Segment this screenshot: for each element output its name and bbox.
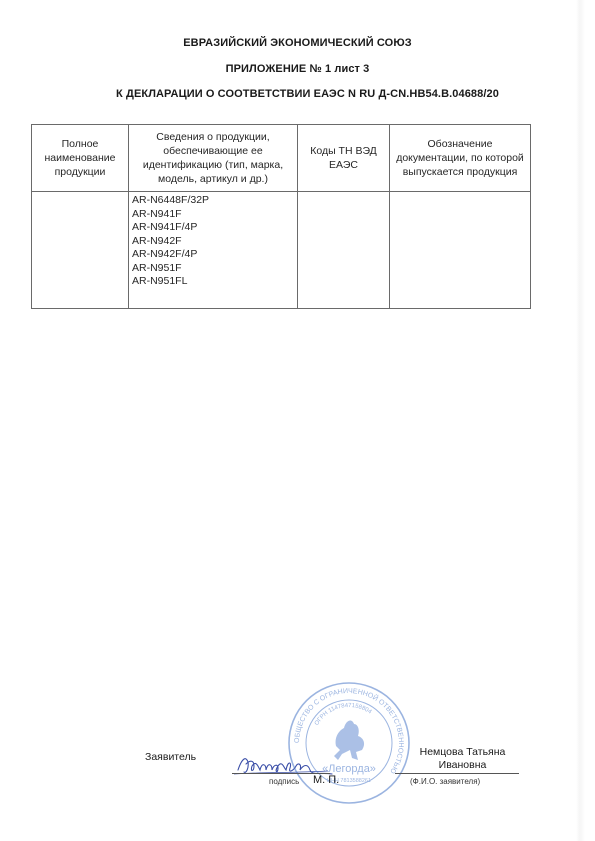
declaration-heading: К ДЕКЛАРАЦИИ О СООТВЕТСТВИИ ЕАЭС N RU Д-…: [10, 88, 595, 100]
horseman-emblem-icon: [334, 721, 364, 760]
column-header-identification: Сведения о продукции, обеспечивающие ее …: [129, 125, 298, 192]
cell-product-name: [32, 192, 129, 309]
table-row: AR-N6448F/32PAR-N941FAR-N941F/4PAR-N942F…: [32, 192, 531, 309]
model-item: AR-N942F: [132, 235, 297, 249]
cell-tnved-codes: [298, 192, 390, 309]
cell-models: AR-N6448F/32PAR-N941FAR-N941F/4PAR-N942F…: [129, 192, 298, 309]
applicant-name: Немцова Татьяна Ивановна: [400, 746, 525, 772]
products-table: Полное наименование продукции Сведения о…: [31, 124, 531, 309]
column-header-tnved-codes: Коды ТН ВЭД ЕАЭС: [298, 125, 390, 192]
signature-caption: подпись: [269, 777, 299, 786]
model-item: AR-N941F: [132, 208, 297, 222]
union-heading: ЕВРАЗИЙСКИЙ ЭКОНОМИЧЕСКИЙ СОЮЗ: [0, 37, 595, 49]
scan-edge-artifact: [576, 0, 585, 841]
table-header-row: Полное наименование продукции Сведения о…: [32, 125, 531, 192]
name-caption: (Ф.И.О. заявителя): [410, 777, 480, 786]
applicant-label: Заявитель: [145, 751, 196, 763]
cell-documentation: [390, 192, 531, 309]
model-item: AR-N951FL: [132, 275, 297, 289]
stamp-place-caption: М. П.: [313, 774, 339, 786]
applicant-name-line1: Немцова Татьяна: [400, 746, 525, 759]
model-item: AR-N951F: [132, 262, 297, 276]
model-item: AR-N941F/4P: [132, 221, 297, 235]
svg-text:ОГРН 1147847158804: ОГРН 1147847158804: [314, 703, 373, 727]
models-list: AR-N6448F/32PAR-N941FAR-N941F/4PAR-N942F…: [129, 192, 297, 289]
column-header-documentation: Обозначение документации, по которой вып…: [390, 125, 531, 192]
model-item: AR-N942F/4P: [132, 248, 297, 262]
model-item: AR-N6448F/32P: [132, 194, 297, 208]
stamp-ogrn-text: ОГРН 1147847158804: [314, 703, 373, 727]
name-line: [395, 773, 519, 774]
column-header-product-name: Полное наименование продукции: [32, 125, 129, 192]
appendix-heading: ПРИЛОЖЕНИЕ № 1 лист 3: [0, 63, 595, 75]
company-stamp: ОБЩЕСТВО С ОГРАНИЧЕННОЙ ОТВЕТСТВЕННОСТЬЮ…: [286, 680, 412, 806]
applicant-name-line2: Ивановна: [400, 759, 525, 772]
